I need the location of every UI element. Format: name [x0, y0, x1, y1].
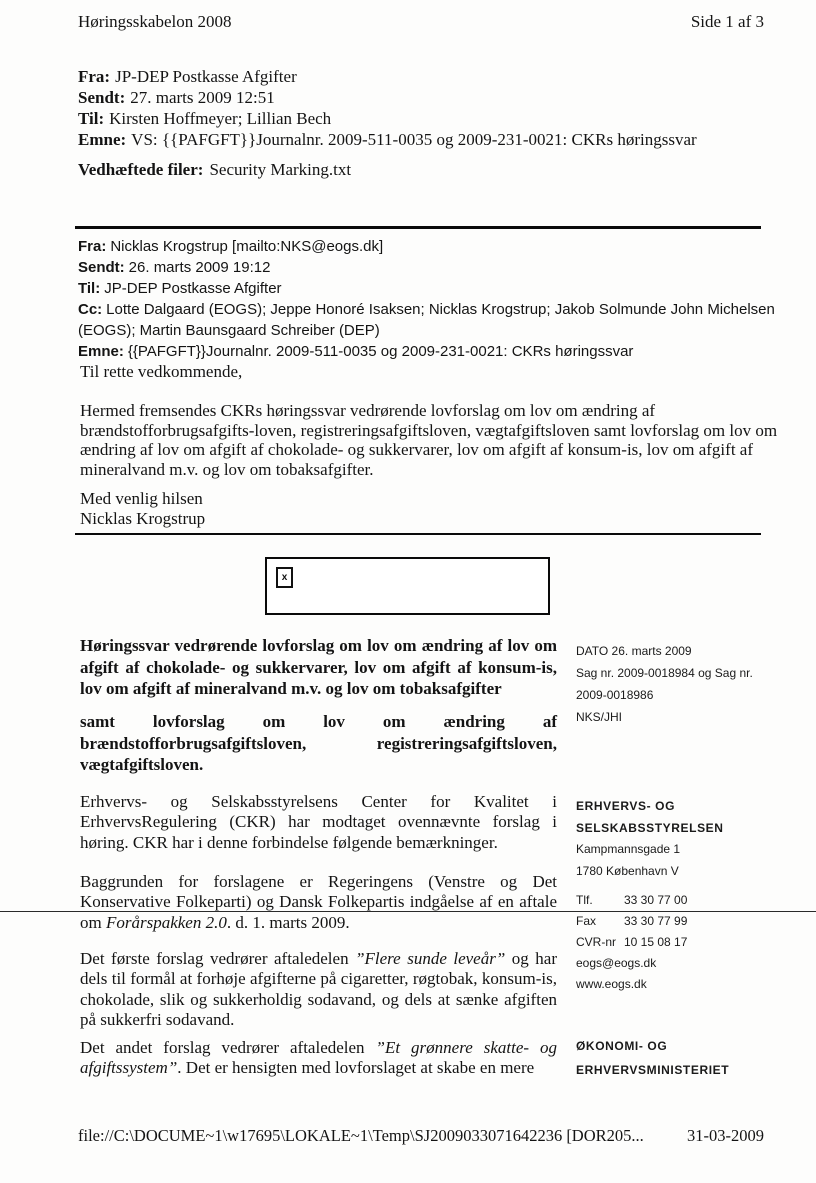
italic-quote: ”Flere sunde leveår” [355, 949, 505, 968]
letter-paragraph-2: Baggrunden for forslagene er Regeringens… [80, 872, 557, 933]
inner-subject-line: Emne:{{PAFGFT}}Journalnr. 2009-511-0035 … [78, 341, 776, 362]
ministry-name-line1: ØKONOMI- OG [576, 1034, 761, 1058]
outer-email-header: Fra:JP-DEP Postkasse Afgifter Sendt:27. … [78, 66, 768, 150]
sidebar-ministry: ØKONOMI- OG ERHVERVSMINISTERIET [576, 1034, 761, 1082]
case-number-line2: 2009-0018986 [576, 684, 761, 706]
paragraph-text: Det andet forslag vedrører aftaledelen [80, 1038, 376, 1057]
cvr-value: 10 15 08 17 [624, 932, 687, 953]
inner-from-line: Fra:Nicklas Krogstrup [mailto:NKS@eogs.d… [78, 236, 776, 257]
phone-row: Tlf.33 30 77 00 [576, 890, 761, 911]
subject-label: Emne: [78, 343, 124, 360]
email-signature: Nicklas Krogstrup [80, 509, 205, 529]
attachments-value: Security Marking.txt [209, 160, 351, 179]
page-header: Høringsskabelon 2008 Side 1 af 3 [78, 12, 764, 32]
agency-street: Kampmannsgade 1 [576, 839, 761, 861]
file-path: file://C:\DOCUME~1\w17695\LOKALE~1\Temp\… [78, 1126, 644, 1146]
outer-subject-line: Emne:VS: {{PAFGFT}}Journalnr. 2009-511-0… [78, 129, 768, 150]
separator-rule-top [75, 226, 761, 229]
inner-sent-line: Sendt:26. marts 2009 19:12 [78, 257, 776, 278]
to-value: JP-DEP Postkasse Afgifter [104, 280, 281, 297]
email-greeting: Til rette vedkommende, [80, 362, 242, 382]
subject-value: VS: {{PAFGFT}}Journalnr. 2009-511-0035 o… [131, 130, 696, 149]
letter-heading-2: samt lovforslag om lov om ændring af bræ… [80, 711, 557, 776]
sent-label: Sendt: [78, 88, 125, 107]
agency-name-line2: SELSKABSSTYRELSEN [576, 818, 761, 840]
outer-to-line: Til:Kirsten Hoffmeyer; Lillian Bech [78, 108, 768, 129]
from-value: JP-DEP Postkasse Afgifter [115, 67, 297, 86]
outer-sent-line: Sendt:27. marts 2009 12:51 [78, 87, 768, 108]
sent-value: 26. marts 2009 19:12 [129, 259, 271, 276]
cc-label: Cc: [78, 301, 102, 318]
sent-label: Sendt: [78, 259, 125, 276]
inner-cc-line: Cc:Lotte Dalgaard (EOGS); Jeppe Honoré I… [78, 299, 776, 341]
inner-email-header: Fra:Nicklas Krogstrup [mailto:NKS@eogs.d… [78, 236, 776, 362]
page-number: Side 1 af 3 [691, 12, 764, 32]
to-value: Kirsten Hoffmeyer; Lillian Bech [109, 109, 331, 128]
print-date: 31-03-2009 [687, 1126, 764, 1146]
fax-value: 33 30 77 99 [624, 911, 687, 932]
subject-value: {{PAFGFT}}Journalnr. 2009-511-0035 og 20… [128, 343, 634, 360]
cc-value: Lotte Dalgaard (EOGS); Jeppe Honoré Isak… [78, 301, 775, 339]
date-line: DATO 26. marts 2009 [576, 640, 761, 662]
agency-email: eogs@eogs.dk [576, 953, 761, 974]
letter-heading-1: Høringssvar vedrørende lovforslag om lov… [80, 635, 557, 700]
fax-label: Fax [576, 911, 624, 932]
broken-image-x-icon: x [276, 567, 293, 588]
attachments-line: Vedhæftede filer:Security Marking.txt [78, 160, 768, 180]
from-label: Fra: [78, 238, 106, 255]
phone-label: Tlf. [576, 890, 624, 911]
sent-value: 27. marts 2009 12:51 [130, 88, 275, 107]
agency-name-line1: ERHVERVS- OG [576, 796, 761, 818]
cvr-label: CVR-nr [576, 932, 624, 953]
scanned-email-document: { "page": { "header_left": "Høringsskabe… [0, 0, 816, 1183]
ministry-name-line2: ERHVERVSMINISTERIET [576, 1058, 761, 1082]
case-number-line1: Sag nr. 2009-0018984 og Sag nr. [576, 662, 761, 684]
sidebar-agency: ERHVERVS- OG SELSKABSSTYRELSEN Kampmanns… [576, 796, 761, 882]
to-label: Til: [78, 109, 104, 128]
attachments-label: Vedhæftede filer: [78, 160, 203, 179]
email-paragraph: Hermed fremsendes CKRs høringssvar vedrø… [80, 401, 780, 479]
inner-to-line: Til:JP-DEP Postkasse Afgifter [78, 278, 776, 299]
letter-paragraph-3: Det første forslag vedrører aftaledelen … [80, 949, 557, 1030]
outer-from-line: Fra:JP-DEP Postkasse Afgifter [78, 66, 768, 87]
paragraph-text: . Det er hensigten med lovforslaget at s… [177, 1058, 534, 1077]
paragraph-text: Det første forslag vedrører aftaledelen [80, 949, 355, 968]
from-value: Nicklas Krogstrup [mailto:NKS@eogs.dk] [110, 238, 383, 255]
to-label: Til: [78, 280, 100, 297]
cvr-row: CVR-nr10 15 08 17 [576, 932, 761, 953]
fax-row: Fax33 30 77 99 [576, 911, 761, 932]
separator-rule-bottom [75, 533, 761, 535]
email-closing: Med venlig hilsen [80, 489, 203, 509]
letter-paragraph-4: Det andet forslag vedrører aftaledelen ”… [80, 1038, 557, 1079]
reference-initials: NKS/JHI [576, 706, 761, 728]
page-footer: file://C:\DOCUME~1\w17695\LOKALE~1\Temp\… [78, 1126, 764, 1146]
broken-image-placeholder: x [265, 557, 550, 615]
phone-value: 33 30 77 00 [624, 890, 687, 911]
sidebar-case-info: DATO 26. marts 2009 Sag nr. 2009-0018984… [576, 640, 761, 728]
doc-template-title: Høringsskabelon 2008 [78, 12, 231, 32]
sidebar-contact: Tlf.33 30 77 00 Fax33 30 77 99 CVR-nr10 … [576, 890, 761, 995]
from-label: Fra: [78, 67, 110, 86]
italic-title: Forårspakken 2.0 [106, 913, 227, 932]
agency-website: www.eogs.dk [576, 974, 761, 995]
paragraph-text: . d. 1. marts 2009. [227, 913, 350, 932]
agency-city: 1780 København V [576, 861, 761, 883]
subject-label: Emne: [78, 130, 126, 149]
letter-paragraph-1: Erhvervs- og Selskabsstyrelsens Center f… [80, 792, 557, 853]
